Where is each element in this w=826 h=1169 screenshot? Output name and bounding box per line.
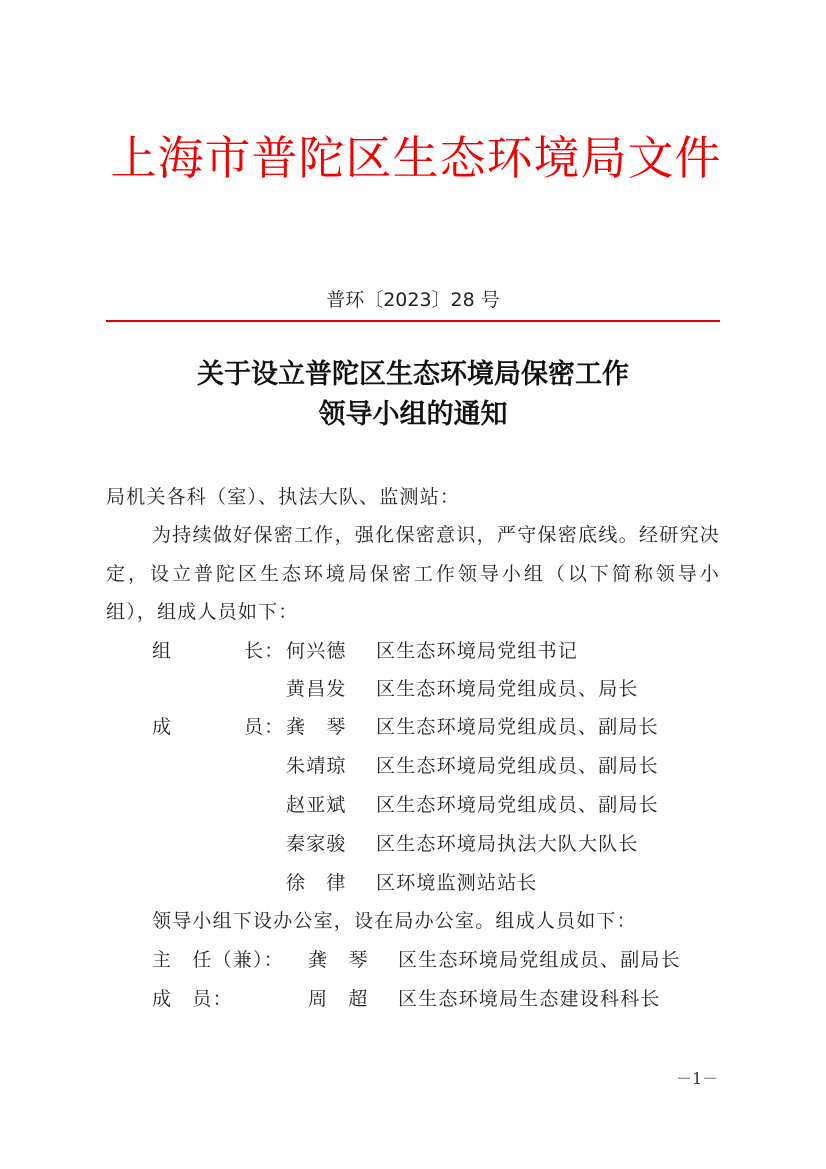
- page-number: －1－: [676, 1066, 718, 1089]
- office-role: 主 任（兼）：: [152, 941, 284, 979]
- office-member-position: 区生态环境局生态建设科科长: [398, 980, 661, 1018]
- addressee: 局机关各科（室）、执法大队、监测站：: [106, 478, 720, 517]
- member-name: 朱靖琼: [286, 747, 347, 785]
- body-paragraph: 为持续做好保密工作，强化保密意识，严守保密底线。经研究决定，设立普陀区生态环境局…: [106, 516, 720, 632]
- member-name: 秦家骏: [286, 825, 347, 863]
- member-position: 区生态环境局党组成员、副局长: [376, 786, 659, 824]
- member-position: 区生态环境局党组成员、副局长: [376, 747, 659, 785]
- member-name: 龚 琴: [286, 708, 347, 746]
- document-number: 普环〔2023〕28 号: [106, 285, 720, 315]
- role-label-leader: 组: [152, 632, 172, 670]
- title-line-1: 关于设立普陀区生态环境局保密工作: [106, 355, 720, 395]
- red-divider: [106, 320, 720, 322]
- role-label-member-suffix: 员：: [244, 708, 284, 746]
- member-position: 区生态环境局党组成员、局长: [376, 670, 639, 708]
- member-name: 徐 律: [286, 864, 347, 902]
- issuer-title: 上海市普陀区生态环境局文件: [106, 128, 726, 188]
- member-name: 何兴德: [286, 632, 347, 670]
- office-member-position: 区生态环境局党组成员、副局长: [398, 941, 681, 979]
- role-label-leader-suffix: 长：: [244, 632, 284, 670]
- member-position: 区生态环境局执法大队大队长: [376, 825, 639, 863]
- member-position: 区生态环境局党组书记: [376, 632, 578, 670]
- office-member-name: 周 超: [308, 980, 369, 1018]
- office-member-name: 龚 琴: [308, 941, 369, 979]
- office-role: 成 员：: [152, 980, 233, 1018]
- office-intro: 领导小组下设办公室，设在局办公室。组成人员如下：: [152, 902, 637, 940]
- document-title: 关于设立普陀区生态环境局保密工作 领导小组的通知: [106, 355, 720, 435]
- role-label-member: 成: [152, 708, 172, 746]
- title-line-2: 领导小组的通知: [106, 395, 720, 435]
- member-position: 区生态环境局党组成员、副局长: [376, 708, 659, 746]
- member-position: 区环境监测站站长: [376, 864, 538, 902]
- member-name: 黄昌发: [286, 670, 347, 708]
- member-name: 赵亚斌: [286, 786, 347, 824]
